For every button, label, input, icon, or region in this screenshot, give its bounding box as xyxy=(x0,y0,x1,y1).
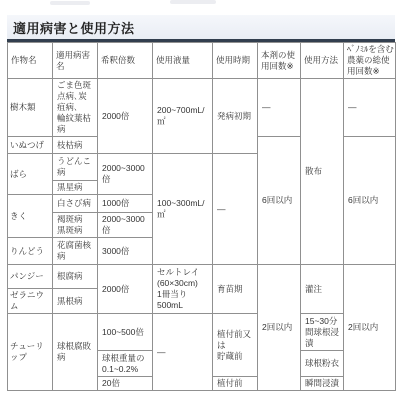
cropped-text-artifact xyxy=(50,1,90,5)
cell-disease-6: 花腐菌核病 xyxy=(53,238,98,265)
cell-disease-0: ごま色斑点病､炭疽病､ 輪紋葉枯病 xyxy=(53,79,98,137)
cell-dilution-2: 2000~3000倍 xyxy=(98,154,153,195)
cell-dilution-6: 3000倍 xyxy=(98,238,153,265)
cell-this-count-7: 2回以内 xyxy=(258,265,301,391)
table-row: 樹木類 ごま色斑点病､炭疽病､ 輪紋葉枯病 2000倍 200~700mL/㎡ … xyxy=(8,79,396,137)
cell-dilution-0: 2000倍 xyxy=(98,79,153,154)
table-row: パンジー 根腐病 2000倍 セルトレイ (60×30cm) 1冊当り 500m… xyxy=(8,265,396,289)
cell-dilution-10: 球根重量の 0.1~0.2% xyxy=(98,351,153,377)
cell-disease-1: 枝枯病 xyxy=(53,137,98,154)
col-header-volume: 使用液量 xyxy=(153,43,213,79)
col-header-total-count: ﾍﾞﾉﾐﾙを含む農薬の総使用回数※ xyxy=(344,43,396,79)
cell-disease-5: 褐斑病 黒斑病 xyxy=(53,213,98,238)
cell-method-0: 散布 xyxy=(301,79,344,265)
cropped-text-artifact xyxy=(170,0,216,4)
page-title: 適用病害と使用方法 xyxy=(7,15,395,42)
cell-total-count-0: — xyxy=(344,79,396,137)
cell-disease-8: 黒根病 xyxy=(53,289,98,314)
cell-volume-7: セルトレイ (60×30cm) 1冊当り 500mL xyxy=(153,265,213,314)
col-header-disease: 適用病害名 xyxy=(53,43,98,79)
col-header-method: 使用方法 xyxy=(301,43,344,79)
cell-disease-2: うどんこ病 xyxy=(53,154,98,181)
cell-volume-9: — xyxy=(153,314,213,391)
col-header-this-count: 本剤の使用回数※ xyxy=(258,43,301,79)
cell-volume-2: 100~300mL/㎡ xyxy=(153,154,213,265)
cell-total-count-7: 2回以内 xyxy=(344,265,396,391)
table-row: チューリップ 球根腐敗病 100~500倍 — 植付前又は 貯蔵前 15~30分… xyxy=(8,314,396,351)
cell-total-count-1: 6回以内 xyxy=(344,137,396,265)
cell-dilution-4: 1000倍 xyxy=(98,195,153,213)
cell-timing-7: 育苗期 xyxy=(213,265,258,314)
col-header-timing: 使用時期 xyxy=(213,43,258,79)
cell-timing-0: 発病初期 xyxy=(213,79,258,154)
col-header-dilution: 希釈倍数 xyxy=(98,43,153,79)
usage-table: 作物名 適用病害名 希釈倍数 使用液量 使用時期 本剤の使用回数※ 使用方法 ﾍ… xyxy=(7,42,396,391)
cell-method-10: 球根粉衣 xyxy=(301,351,344,377)
cell-dilution-9: 100~500倍 xyxy=(98,314,153,351)
col-header-crop: 作物名 xyxy=(8,43,53,79)
cell-crop-2: ばら xyxy=(8,154,53,195)
cell-crop-6: りんどう xyxy=(8,238,53,265)
cell-dilution-7: 2000倍 xyxy=(98,265,153,314)
cell-disease-4: 白さび病 xyxy=(53,195,98,213)
cell-crop-0: 樹木類 xyxy=(8,79,53,137)
cell-timing-9: 植付前又は 貯蔵前 xyxy=(213,314,258,377)
cell-disease-9: 球根腐敗病 xyxy=(53,314,98,391)
cell-crop-7: パンジー xyxy=(8,265,53,289)
cell-method-9: 15~30分間球根浸漬 xyxy=(301,314,344,351)
cell-disease-3: 黒星病 xyxy=(53,181,98,195)
cell-volume-0: 200~700mL/㎡ xyxy=(153,79,213,154)
cell-crop-8: ゼラニウム xyxy=(8,289,53,314)
cell-disease-7: 根腐病 xyxy=(53,265,98,289)
header-row: 作物名 適用病害名 希釈倍数 使用液量 使用時期 本剤の使用回数※ 使用方法 ﾍ… xyxy=(8,43,396,79)
cell-timing-2: — xyxy=(213,154,258,265)
cell-crop-1: いぬつげ xyxy=(8,137,53,154)
cell-method-7: 灌注 xyxy=(301,265,344,314)
cell-crop-9: チューリップ xyxy=(8,314,53,391)
cell-dilution-11: 20倍 xyxy=(98,377,153,391)
cell-method-11: 瞬間浸漬 xyxy=(301,377,344,391)
cell-this-count-1: 6回以内 xyxy=(258,137,301,265)
cell-timing-11: 植付前 xyxy=(213,377,258,391)
cell-this-count-0: — xyxy=(258,79,301,137)
cell-dilution-5: 2000~3000倍 xyxy=(98,213,153,238)
cell-crop-4: きく xyxy=(8,195,53,238)
